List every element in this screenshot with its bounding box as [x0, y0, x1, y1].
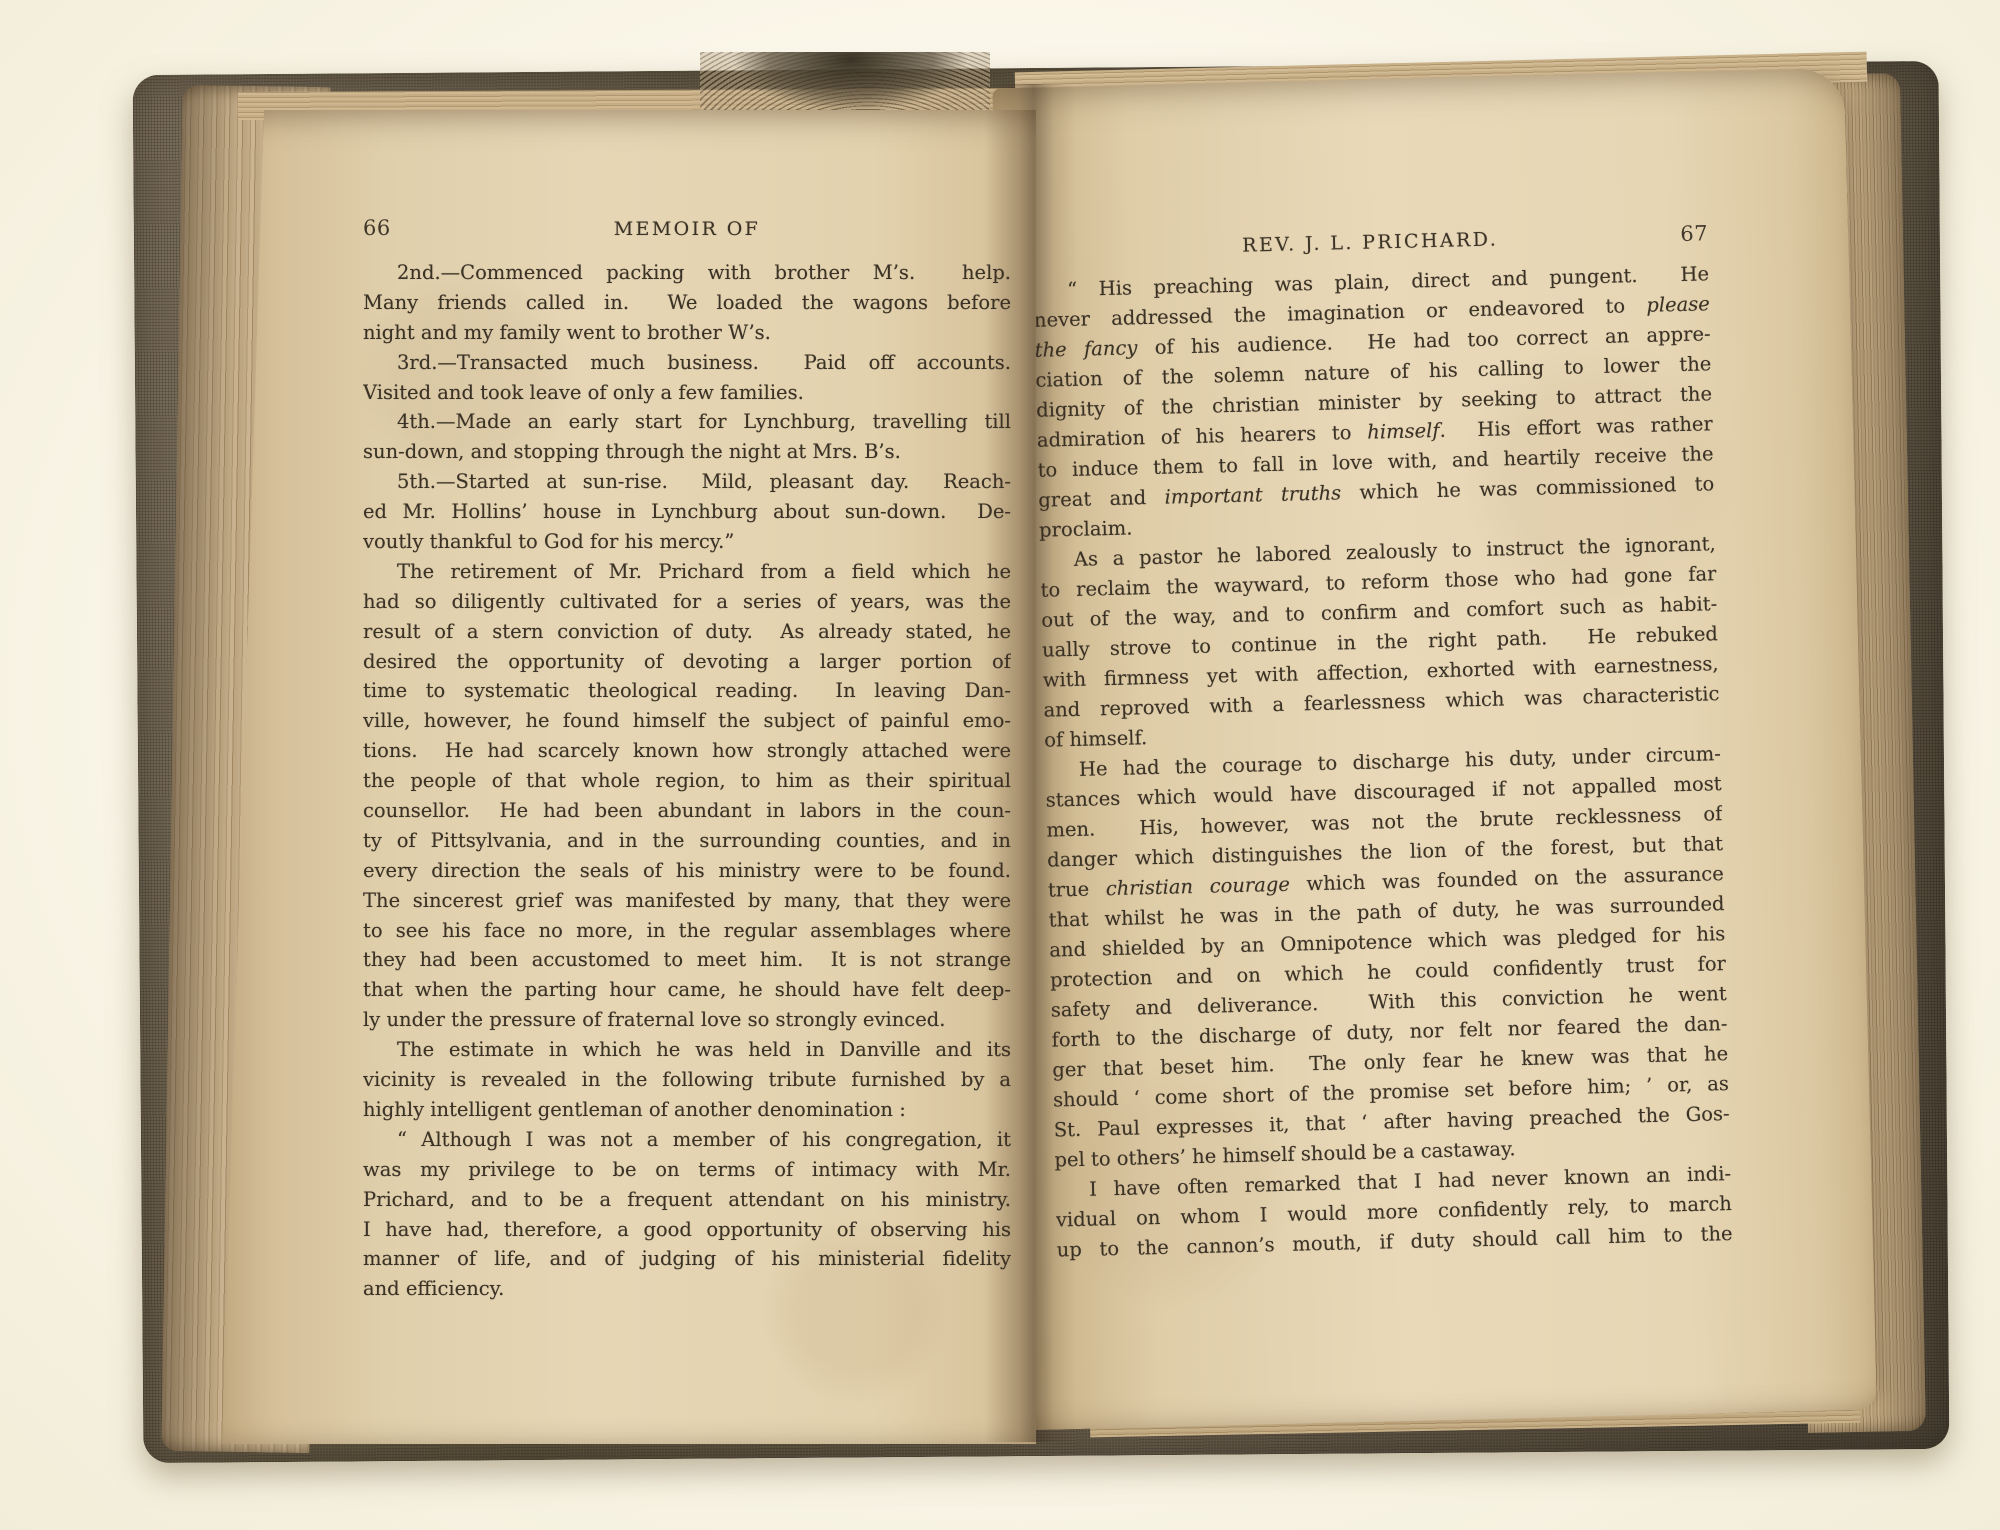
text-line: I have had, therefore, a good opportunit…	[363, 1215, 1011, 1245]
right-page-text-block: REV. J. L. PRICHARD. 67 “ His preaching …	[1032, 221, 1733, 1265]
text-line: Visited and took leave of only a few fam…	[363, 378, 1011, 408]
text-line: desired the opportunity of devoting a la…	[363, 647, 1011, 677]
text-line: The estimate in which he was held in Dan…	[363, 1035, 1011, 1065]
text-line: the people of that whole region, to him …	[363, 766, 1011, 796]
text-line: “ Although I was not a member of his con…	[363, 1125, 1011, 1155]
running-header: MEMOIR OF	[614, 218, 761, 240]
text-line: had so diligently cultivated for a serie…	[363, 587, 1011, 617]
text-line: tions. He had scarcely known how strongl…	[363, 736, 1011, 766]
book-photograph: REV. J. L. PRICHARD. 67 “ His preaching …	[0, 0, 2000, 1530]
text-line: Prichard, and to be a frequent attendant…	[363, 1185, 1011, 1215]
text-line: and efficiency.	[363, 1274, 1011, 1304]
text-line: voutly thankful to God for his mercy.”	[363, 527, 1011, 557]
text-line: ed Mr. Hollins’ house in Lynchburg about…	[363, 497, 1011, 527]
left-page-text-block: 66 MEMOIR OF 2nd.—Commenced packing with…	[363, 216, 1011, 1304]
text-line: vicinity is revealed in the following tr…	[363, 1065, 1011, 1095]
text-line: night and my family went to brother W’s.	[363, 318, 1011, 348]
text-line: highly intelligent gentleman of another …	[363, 1095, 1011, 1125]
text-line: 2nd.—Commenced packing with brother M’s.…	[363, 258, 1011, 288]
running-header: REV. J. L. PRICHARD.	[1242, 228, 1498, 256]
text-line: manner of life, and of judging of his mi…	[363, 1244, 1011, 1274]
text-line: The retirement of Mr. Prichard from a fi…	[363, 557, 1011, 587]
text-line: counsellor. He had been abundant in labo…	[363, 796, 1011, 826]
text-line: that when the parting hour came, he shou…	[363, 975, 1011, 1005]
text-line: The sincerest grief was manifested by ma…	[363, 886, 1011, 916]
text-line: every direction the seals of his ministr…	[363, 856, 1011, 886]
text-line: ly under the pressure of fraternal love …	[363, 1005, 1011, 1035]
text-line: 4th.—Made an early start for Lynchburg, …	[363, 407, 1011, 437]
text-line: 5th.—Started at sun-rise. Mild, pleasant…	[363, 467, 1011, 497]
right-page-body: “ His preaching was plain, direct and pu…	[1033, 259, 1733, 1265]
page-number: 67	[1680, 221, 1708, 246]
right-page-header: REV. J. L. PRICHARD. 67	[1032, 221, 1708, 264]
text-line: to see his face no more, in the regular …	[363, 916, 1011, 946]
text-line: result of a stern conviction of duty. As…	[363, 617, 1011, 647]
left-page-header: 66 MEMOIR OF	[363, 216, 1011, 242]
text-line: was my privilege to be on terms of intim…	[363, 1155, 1011, 1185]
text-line: 3rd.—Transacted much business. Paid off …	[363, 348, 1011, 378]
right-page: REV. J. L. PRICHARD. 67 “ His preaching …	[992, 68, 1877, 1430]
left-page-body: 2nd.—Commenced packing with brother M’s.…	[363, 258, 1011, 1304]
text-line: Many friends called in. We loaded the wa…	[363, 288, 1011, 318]
left-page: 66 MEMOIR OF 2nd.—Commenced packing with…	[220, 110, 1036, 1444]
text-line: time to systematic theological reading. …	[363, 676, 1011, 706]
text-line: ty of Pittsylvania, and in the surroundi…	[363, 826, 1011, 856]
text-line: they had been accustomed to meet him. It…	[363, 945, 1011, 975]
header-spacer	[1032, 252, 1242, 257]
text-line: ville, however, he found himself the sub…	[363, 706, 1011, 736]
page-number: 66	[363, 216, 391, 240]
text-line: sun-down, and stopping through the night…	[363, 437, 1011, 467]
